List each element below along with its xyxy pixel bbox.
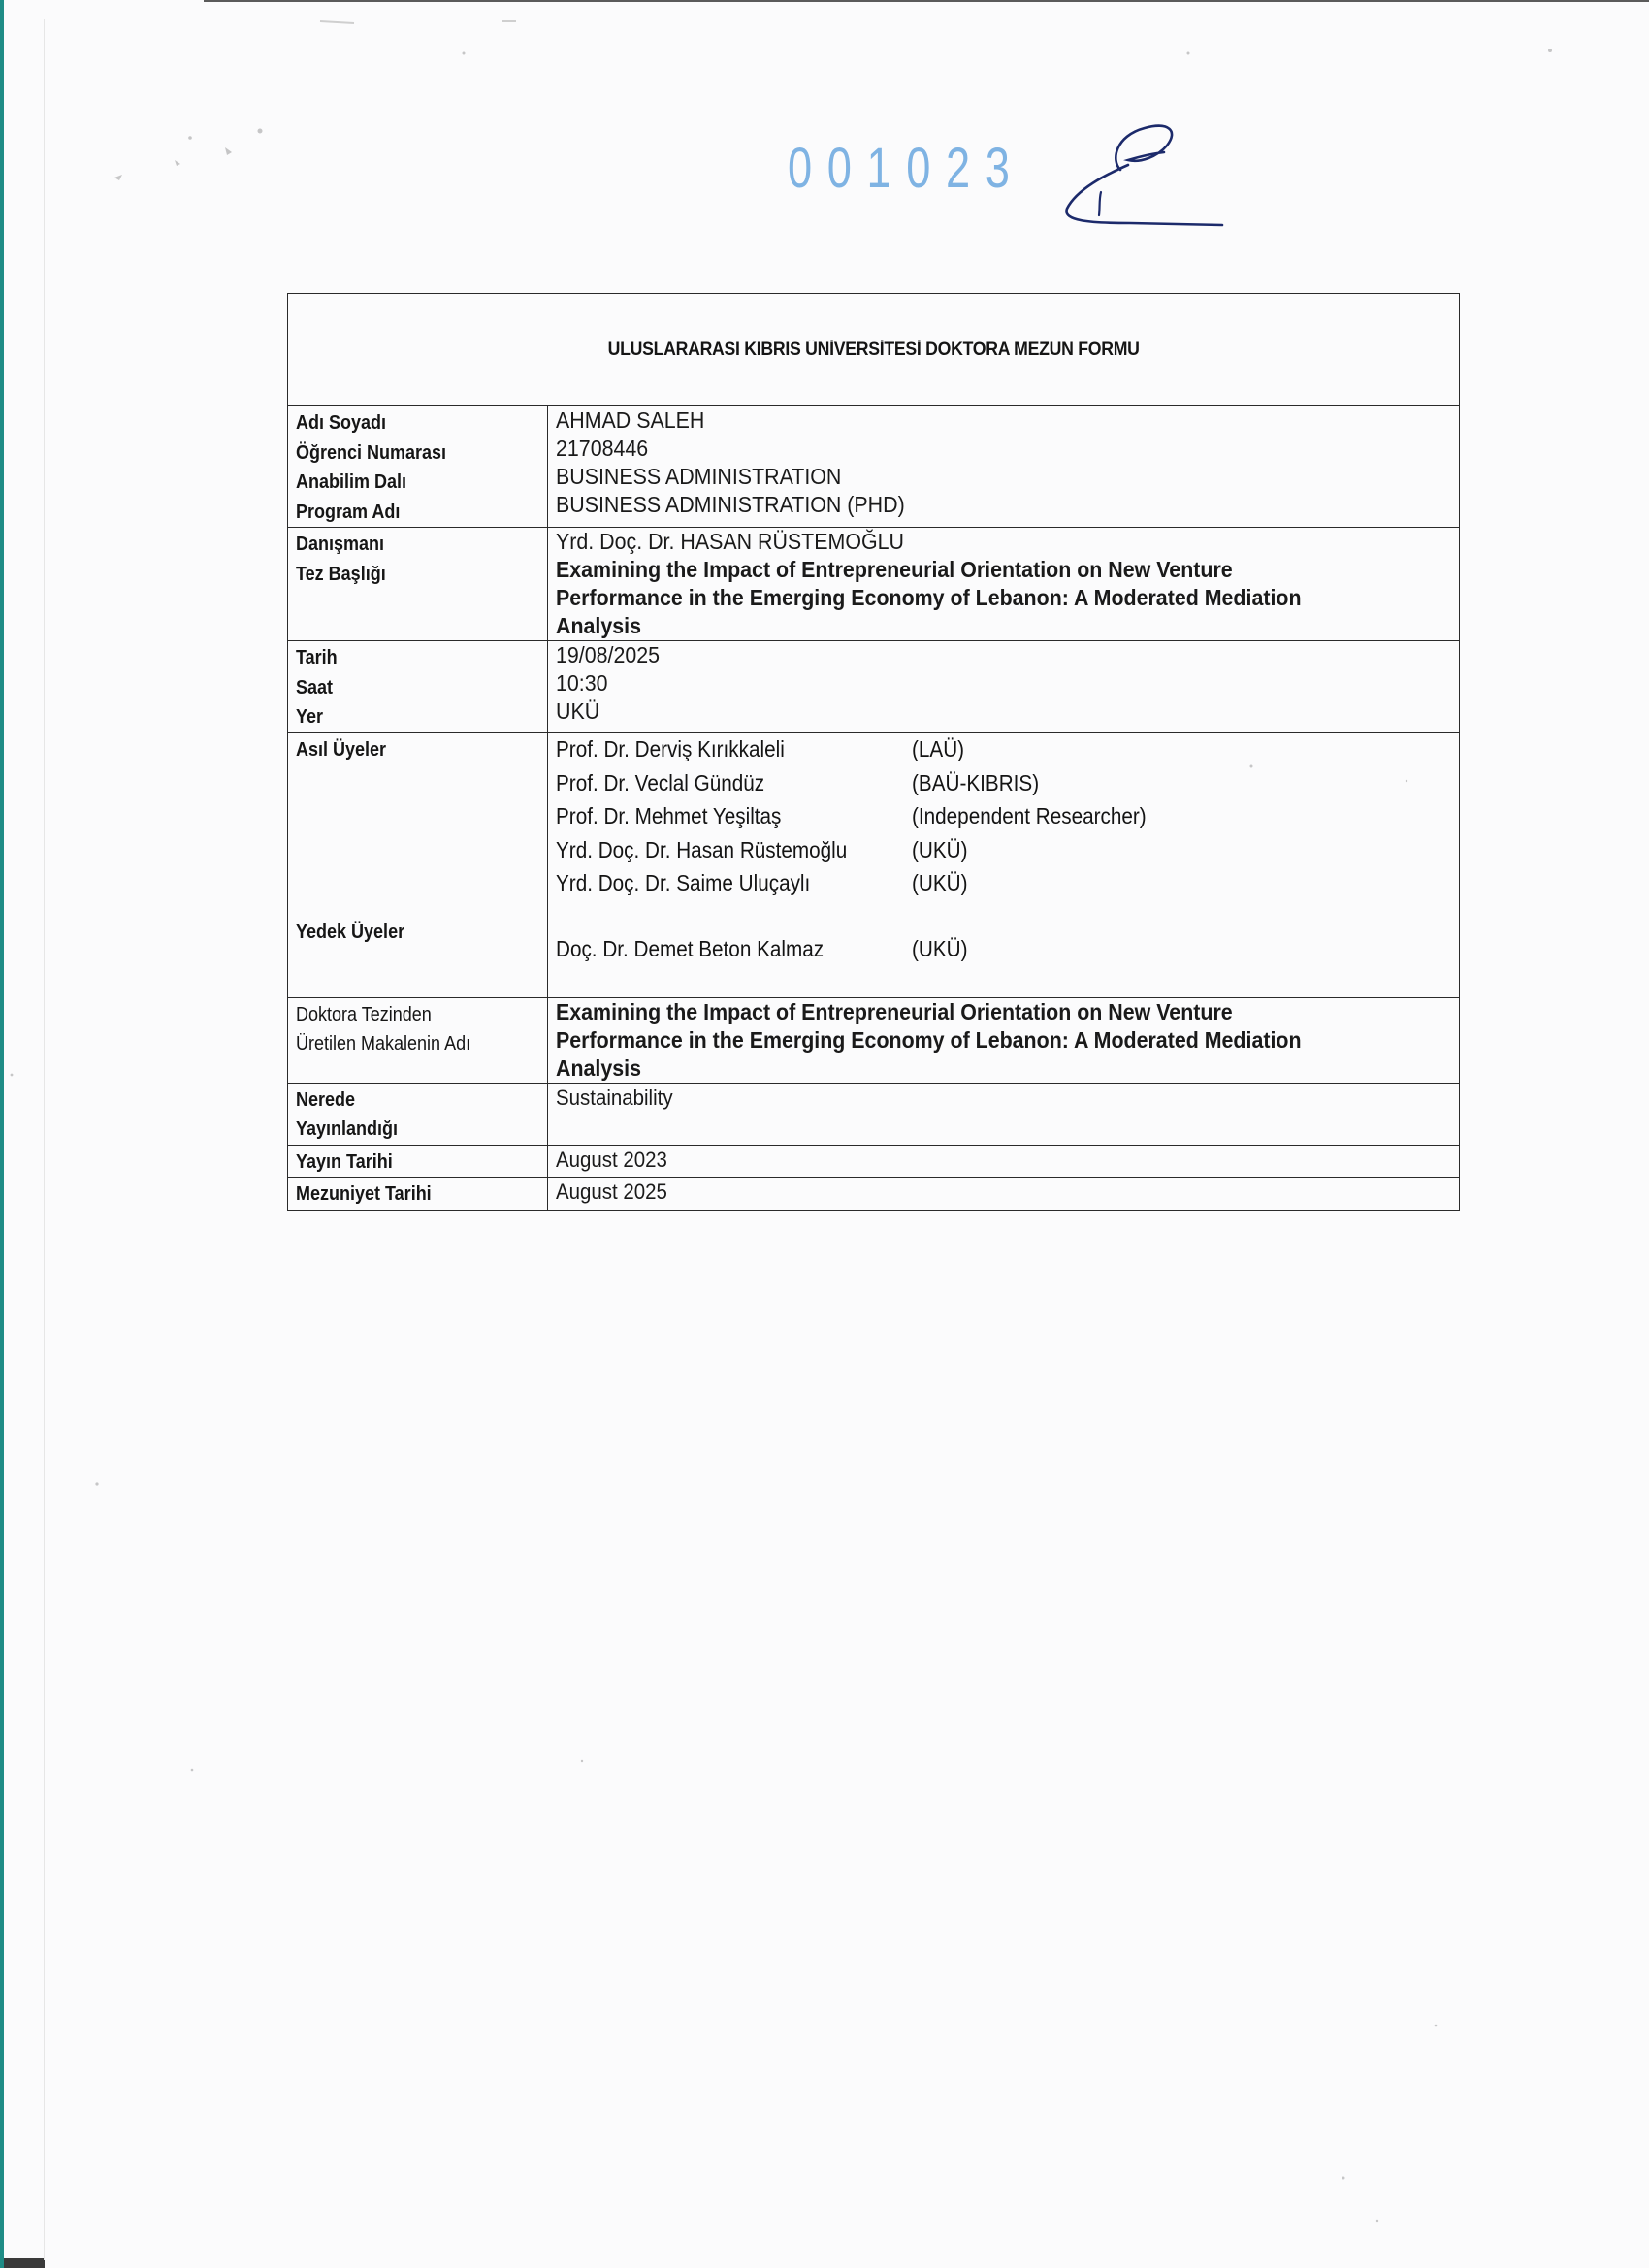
- value-thesis-title-line-1: Examining the Impact of Entrepreneurial …: [556, 556, 1396, 584]
- member-institution: (UKÜ): [912, 837, 968, 863]
- member-institution: (UKÜ): [912, 870, 968, 896]
- member-institution: (Independent Researcher): [912, 803, 1147, 829]
- published-in-labels: Nerede Yayınlandığı: [288, 1083, 548, 1145]
- member-name: Yrd. Doç. Dr. Hasan Rüstemoğlu: [556, 837, 876, 863]
- member-name: Prof. Dr. Mehmet Yeşiltaş: [556, 803, 876, 829]
- committee-member: Prof. Dr. Derviş Kırıkkaleli (LAÜ): [556, 733, 1459, 767]
- publication-date-value-cell: August 2023: [548, 1145, 1460, 1178]
- scan-edge-top: [204, 0, 1649, 2]
- committee-member: Yrd. Doç. Dr. Hasan Rüstemoğlu (UKÜ): [556, 833, 1459, 867]
- thesis-info-values: Yrd. Doç. Dr. HASAN RÜSTEMOĞLU Examining…: [548, 528, 1460, 641]
- document-number-stamp: 001023: [788, 136, 1025, 201]
- value-publication-date: August 2023: [556, 1146, 1396, 1174]
- scan-edge-left: [0, 0, 4, 2268]
- student-info-row: Adı Soyadı Öğrenci Numarası Anabilim Dal…: [288, 406, 1460, 528]
- member-name: Yrd. Doç. Dr. Saime Uluçaylı: [556, 870, 876, 896]
- value-article-title-line-1: Examining the Impact of Entrepreneurial …: [556, 998, 1396, 1026]
- form-title-cell: ULUSLARARASI KIBRIS ÜNİVERSİTESİ DOKTORA…: [288, 294, 1460, 406]
- graduation-date-label-cell: Mezuniyet Tarihi: [288, 1178, 548, 1211]
- publication-date-label-cell: Yayın Tarihi: [288, 1145, 548, 1178]
- article-values: Examining the Impact of Entrepreneurial …: [548, 997, 1460, 1083]
- label-department: Anabilim Dalı: [296, 468, 522, 498]
- label-advisor: Danışmanı: [296, 530, 522, 560]
- committee-member: Prof. Dr. Veclal Gündüz (BAÜ-KIBRIS): [556, 766, 1459, 800]
- committee-member: Prof. Dr. Mehmet Yeşiltaş (Independent R…: [556, 800, 1459, 834]
- scan-edge-bottom: [4, 2258, 45, 2268]
- value-advisor: Yrd. Doç. Dr. HASAN RÜSTEMOĞLU: [556, 528, 1396, 556]
- member-name: Prof. Dr. Derviş Kırıkkaleli: [556, 736, 876, 762]
- graduate-form-table: ULUSLARARASI KIBRIS ÜNİVERSİTESİ DOKTORA…: [287, 293, 1460, 1211]
- signature-icon: [1052, 116, 1227, 228]
- committee-spacer: [556, 900, 1459, 932]
- defense-info-row: Tarih Saat Yer 19/08/2025 10:30 UKÜ: [288, 641, 1460, 733]
- page-fold-line: [44, 19, 45, 2260]
- article-row: Doktora Tezinden Üretilen Makalenin Adı …: [288, 997, 1460, 1083]
- value-thesis-title-line-2: Performance in the Emerging Economy of L…: [556, 584, 1396, 612]
- label-published-in-line-1: Nerede: [296, 1085, 522, 1116]
- thesis-info-row: Danışmanı Tez Başlığı Yrd. Doç. Dr. HASA…: [288, 528, 1460, 641]
- thesis-info-labels: Danışmanı Tez Başlığı: [288, 528, 548, 641]
- value-time: 10:30: [556, 669, 1396, 697]
- label-substitute-members: Yedek Üyeler: [296, 918, 522, 948]
- form-title: ULUSLARARASI KIBRIS ÜNİVERSİTESİ DOKTORA…: [607, 340, 1139, 361]
- label-thesis-title: Tez Başlığı: [296, 560, 522, 590]
- value-department: BUSINESS ADMINISTRATION: [556, 463, 1396, 491]
- value-place: UKÜ: [556, 697, 1396, 726]
- label-name: Adı Soyadı: [296, 408, 522, 438]
- value-article-title-line-2: Performance in the Emerging Economy of L…: [556, 1026, 1396, 1054]
- label-article-line-2: Üretilen Makalenin Adı: [296, 1029, 522, 1059]
- student-info-labels: Adı Soyadı Öğrenci Numarası Anabilim Dal…: [288, 406, 548, 528]
- published-in-row: Nerede Yayınlandığı Sustainability: [288, 1083, 1460, 1145]
- member-institution: (UKÜ): [912, 936, 968, 962]
- graduation-date-value-cell: August 2025: [548, 1178, 1460, 1211]
- label-publication-date: Yayın Tarihi: [296, 1148, 522, 1178]
- form-title-row: ULUSLARARASI KIBRIS ÜNİVERSİTESİ DOKTORA…: [288, 294, 1460, 406]
- defense-info-labels: Tarih Saat Yer: [288, 641, 548, 733]
- member-name: Doç. Dr. Demet Beton Kalmaz: [556, 936, 876, 962]
- value-name: AHMAD SALEH: [556, 406, 1396, 435]
- committee-row: Asıl Üyeler Yedek Üyeler Prof. Dr. Dervi…: [288, 732, 1460, 997]
- article-labels: Doktora Tezinden Üretilen Makalenin Adı: [288, 997, 548, 1083]
- label-published-in-line-2: Yayınlandığı: [296, 1115, 522, 1145]
- member-institution: (BAÜ-KIBRIS): [912, 770, 1039, 796]
- publication-date-row: Yayın Tarihi August 2023: [288, 1145, 1460, 1178]
- value-graduation-date: August 2025: [556, 1178, 1396, 1206]
- graduation-date-row: Mezuniyet Tarihi August 2025: [288, 1178, 1460, 1211]
- value-thesis-title-line-3: Analysis: [556, 612, 1396, 640]
- value-date: 19/08/2025: [556, 641, 1396, 669]
- value-student-number: 21708446: [556, 435, 1396, 463]
- value-program: BUSINESS ADMINISTRATION (PHD): [556, 491, 1396, 519]
- label-date: Tarih: [296, 643, 522, 673]
- label-program: Program Adı: [296, 498, 522, 528]
- label-time: Saat: [296, 673, 522, 703]
- member-name: Prof. Dr. Veclal Gündüz: [556, 770, 876, 796]
- label-article-line-1: Doktora Tezinden: [296, 1000, 522, 1030]
- label-main-members: Asıl Üyeler: [296, 735, 522, 765]
- committee-member: Yrd. Doç. Dr. Saime Uluçaylı (UKÜ): [556, 867, 1459, 901]
- committee-values: Prof. Dr. Derviş Kırıkkaleli (LAÜ) Prof.…: [548, 732, 1460, 997]
- value-article-title-line-3: Analysis: [556, 1054, 1396, 1083]
- published-in-value-cell: Sustainability: [548, 1083, 1460, 1145]
- member-institution: (LAÜ): [912, 736, 964, 762]
- label-place: Yer: [296, 702, 522, 732]
- substitute-member: Doç. Dr. Demet Beton Kalmaz (UKÜ): [556, 932, 1459, 966]
- student-info-values: AHMAD SALEH 21708446 BUSINESS ADMINISTRA…: [548, 406, 1460, 528]
- defense-info-values: 19/08/2025 10:30 UKÜ: [548, 641, 1460, 733]
- label-student-number: Öğrenci Numarası: [296, 438, 522, 469]
- committee-labels: Asıl Üyeler Yedek Üyeler: [288, 732, 548, 997]
- label-graduation-date: Mezuniyet Tarihi: [296, 1180, 522, 1210]
- value-published-in: Sustainability: [556, 1084, 1396, 1112]
